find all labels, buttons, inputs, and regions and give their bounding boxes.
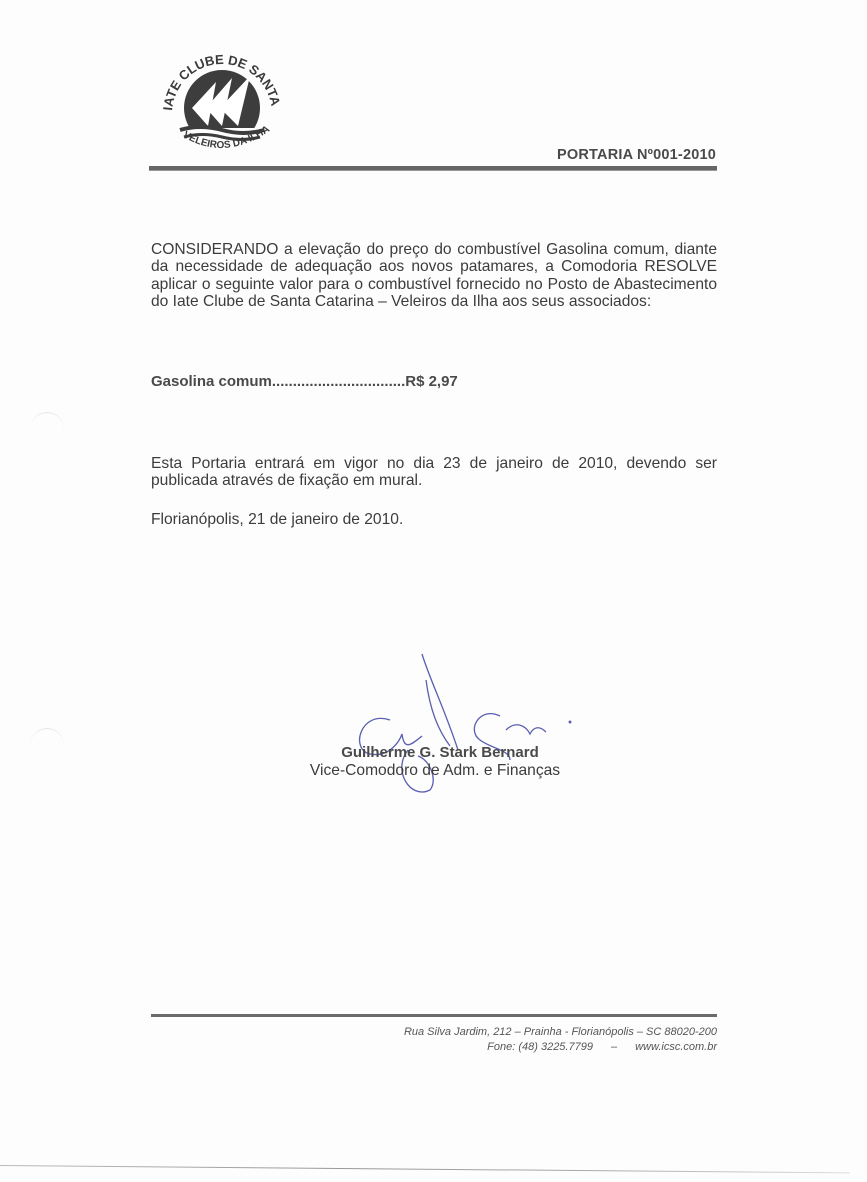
punch-hole-mark	[30, 728, 64, 763]
document-title: PORTARIA Nº001-2010	[557, 147, 716, 163]
header-divider	[149, 166, 717, 171]
footer-divider	[151, 1014, 717, 1017]
signer-name: Guilherme G. Stark Bernard	[330, 744, 550, 761]
price-item: Gasolina comum..........................…	[151, 373, 458, 390]
fuel-price: R$ 2,97	[405, 373, 458, 390]
considerando-text: CONSIDERANDO a elevação do preço do comb…	[151, 241, 717, 311]
sailboats-emblem-icon: IATE CLUBE DE SANTA CATARINA VELEIROS DA…	[150, 36, 290, 160]
footer-phone: Fone: (48) 3225.7799	[487, 1041, 593, 1053]
footer-website[interactable]: www.icsc.com.br	[635, 1041, 717, 1053]
scan-artifact-line	[0, 1165, 850, 1173]
footer-address: Rua Silva Jardim, 212 – Prainha - Floria…	[404, 1025, 717, 1040]
punch-hole-mark	[30, 412, 64, 447]
footer-separator: –	[596, 1040, 632, 1055]
club-logo: IATE CLUBE DE SANTA CATARINA VELEIROS DA…	[150, 36, 290, 160]
document-page: IATE CLUBE DE SANTA CATARINA VELEIROS DA…	[0, 0, 867, 1182]
fuel-label: Gasolina comum	[151, 373, 272, 390]
dot-leader: ................................	[272, 373, 405, 390]
footer-contact: Rua Silva Jardim, 212 – Prainha - Floria…	[404, 1025, 717, 1055]
considerando-paragraph: CONSIDERANDO a elevação do preço do comb…	[151, 241, 717, 311]
vigor-paragraph: Esta Portaria entrará em vigor no dia 23…	[151, 455, 717, 490]
signer-role: Vice-Comodoro de Adm. e Finanças	[300, 762, 570, 780]
place-date: Florianópolis, 21 de janeiro de 2010.	[151, 511, 403, 529]
footer-contact-line: Fone: (48) 3225.7799 – www.icsc.com.br	[404, 1040, 717, 1055]
